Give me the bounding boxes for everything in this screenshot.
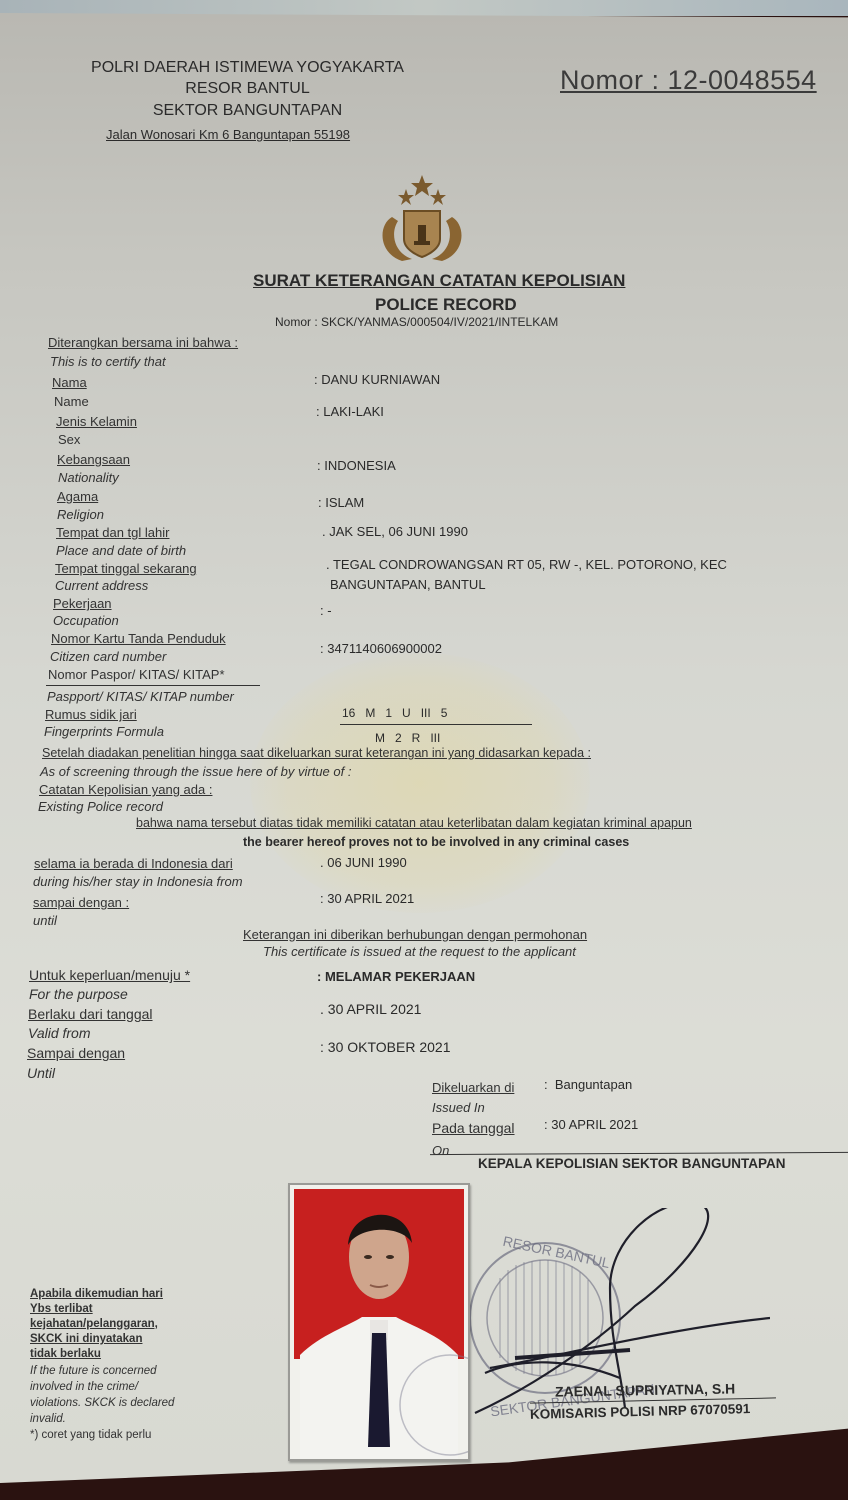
issued-date-label-en: On xyxy=(432,1143,449,1158)
issued-place-label: Dikeluarkan di xyxy=(432,1080,514,1095)
field-sex-value: : LAKI-LAKI xyxy=(316,404,384,419)
document-number: Nomor : SKCK/YANMAS/000504/IV/2021/INTEL… xyxy=(275,315,558,329)
field-address-value: . TEGAL CONDROWANGSAN RT 05, RW -, KEL. … xyxy=(326,557,727,572)
field-nationality-label: Kebangsaan xyxy=(57,452,130,467)
org-line-3: SEKTOR BANGUNTAPAN xyxy=(75,102,420,120)
stay-from-label-en: during his/her stay in Indonesia from xyxy=(33,874,243,889)
org-line-1: POLRI DAERAH ISTIMEWA YOGYAKARTA xyxy=(75,59,420,77)
record-label-en: Existing Police record xyxy=(38,799,163,814)
issued-place-label-en: Issued In xyxy=(432,1100,485,1115)
request-id: Keterangan ini diberikan berhubungan den… xyxy=(243,927,587,942)
valid-from-value: . 30 APRIL 2021 xyxy=(320,1001,421,1017)
stay-from-label: selama ia berada di Indonesia dari xyxy=(34,856,233,871)
valid-from-label-en: Valid from xyxy=(28,1025,91,1041)
field-birth-label-en: Place and date of birth xyxy=(56,543,186,558)
field-birth-value: . JAK SEL, 06 JUNI 1990 xyxy=(322,524,468,539)
record-statement: bahwa nama tersebut diatas tidak memilik… xyxy=(136,816,692,830)
field-nationality-value: : INDONESIA xyxy=(317,458,396,473)
field-passport-label-en: Paspport/ KITAS/ KITAP number xyxy=(47,689,234,704)
stay-from-value: . 06 JUNI 1990 xyxy=(320,855,407,870)
request-en: This certificate is issued at the reques… xyxy=(263,944,576,959)
field-passport-label: Nomor Paspor/ KITAS/ KITAP* xyxy=(48,667,225,682)
field-nationality-label-en: Nationality xyxy=(58,470,119,485)
field-name-label-en: Name xyxy=(54,394,89,409)
field-religion-label-en: Religion xyxy=(57,507,104,522)
issued-place-value: : Banguntapan xyxy=(544,1077,632,1092)
org-address: Jalan Wonosari Km 6 Banguntapan 55198 xyxy=(106,127,350,142)
field-ktp-label-en: Citizen card number xyxy=(50,649,166,664)
issued-date-value: : 30 APRIL 2021 xyxy=(544,1117,638,1132)
fingerprint-divider xyxy=(340,724,532,725)
stay-until-label: sampai dengan : xyxy=(33,895,129,910)
applicant-portrait-icon xyxy=(290,1185,468,1459)
police-emblem-icon xyxy=(372,173,472,269)
field-sex-label-en: Sex xyxy=(58,432,80,447)
stay-until-value: : 30 APRIL 2021 xyxy=(320,891,414,906)
fingerprint-formula-bottom: M 2 R III xyxy=(375,731,440,745)
document-title: SURAT KETERANGAN CATATAN KEPOLISIAN xyxy=(253,271,625,291)
record-label: Catatan Kepolisian yang ada : xyxy=(39,782,212,797)
field-sex-label: Jenis Kelamin xyxy=(56,414,137,429)
field-ktp-label: Nomor Kartu Tanda Penduduk xyxy=(51,631,226,646)
field-name-value: : DANU KURNIAWAN xyxy=(314,372,440,387)
valid-from-label: Berlaku dari tanggal xyxy=(28,1006,153,1022)
screening-en: As of screening through the issue here o… xyxy=(40,764,351,779)
footnote-en: If the future is concerned involved in t… xyxy=(30,1363,174,1427)
signatory-office: KEPALA KEPOLISIAN SEKTOR BANGUNTAPAN xyxy=(478,1156,786,1171)
valid-until-label-en: Until xyxy=(27,1065,55,1081)
field-ktp-value: : 3471140606900002 xyxy=(320,641,442,656)
intro-id: Diterangkan bersama ini bahwa : xyxy=(48,335,238,350)
valid-until-label: Sampai dengan xyxy=(27,1045,125,1061)
issued-date-label: Pada tanggal xyxy=(432,1120,515,1136)
fingerprint-label-en: Fingerprints Formula xyxy=(44,724,164,739)
background-strip xyxy=(0,0,848,16)
footnote-note: *) coret yang tidak perlu xyxy=(30,1429,151,1441)
field-name-label: Nama xyxy=(52,375,87,390)
field-address-label: Tempat tinggal sekarang xyxy=(55,561,197,576)
screening-id: Setelah diadakan penelitian hingga saat … xyxy=(42,746,591,760)
stay-until-label-en: until xyxy=(33,913,57,928)
valid-until-value: : 30 OKTOBER 2021 xyxy=(320,1039,450,1055)
fingerprint-formula-top: 16 M 1 U III 5 xyxy=(342,706,447,720)
field-occupation-value: : - xyxy=(320,603,332,618)
fingerprint-label: Rumus sidik jari xyxy=(45,707,137,722)
issuance-divider xyxy=(430,1152,848,1155)
footnote-id: Apabila dikemudian hari Ybs terlibat kej… xyxy=(30,1287,163,1362)
field-religion-value: : ISLAM xyxy=(318,495,364,510)
field-address-label-en: Current address xyxy=(55,578,148,593)
purpose-label: Untuk keperluan/menuju * xyxy=(29,967,190,983)
field-occupation-label: Pekerjaan xyxy=(53,596,112,611)
police-record-document: POLRI DAERAH ISTIMEWA YOGYAKARTA RESOR B… xyxy=(0,13,848,1483)
document-subtitle: POLICE RECORD xyxy=(375,295,517,315)
passport-divider xyxy=(46,685,260,686)
field-religion-label: Agama xyxy=(57,489,98,504)
record-statement-en: the bearer hereof proves not to be invol… xyxy=(243,835,629,849)
org-line-2: RESOR BANTUL xyxy=(75,80,420,98)
purpose-value: : MELAMAR PEKERJAAN xyxy=(317,969,475,984)
field-birth-label: Tempat dan tgl lahir xyxy=(56,525,169,540)
applicant-photo xyxy=(288,1183,470,1461)
field-occupation-label-en: Occupation xyxy=(53,613,119,628)
field-address-value-2: BANGUNTAPAN, BANTUL xyxy=(330,577,486,592)
purpose-label-en: For the purpose xyxy=(29,986,128,1002)
intro-en: This is to certify that xyxy=(50,354,166,369)
serial-number: Nomor : 12-0048554 xyxy=(560,65,817,96)
watermark-emblem xyxy=(250,653,590,913)
signatory-name: ZAENAL SUPRIYATNA, S.H xyxy=(555,1380,735,1399)
